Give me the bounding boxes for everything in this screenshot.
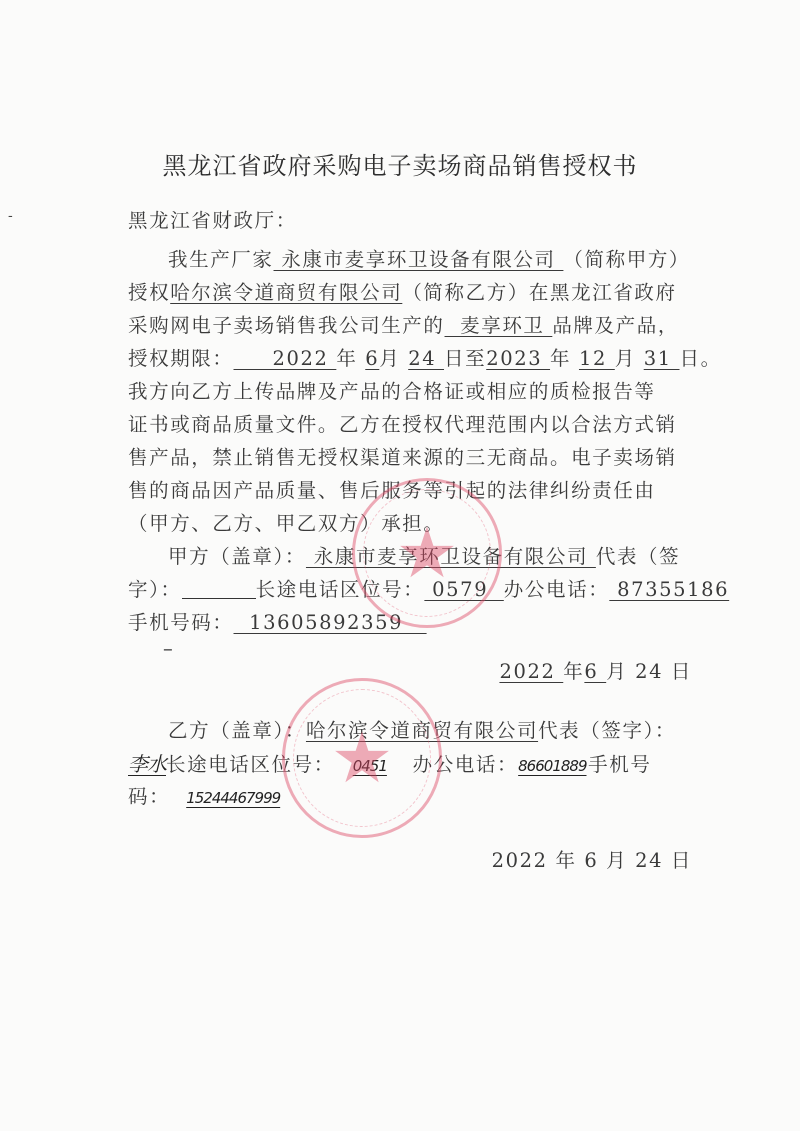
scan-mark: - [8, 208, 13, 224]
text: 月 [379, 347, 400, 370]
party-a-office-phone: 87355186 [609, 578, 729, 601]
end-year: 2023 [486, 347, 550, 370]
mobile-label: 手机号码： [128, 611, 234, 634]
body-line-2: 授权哈尔滨令道商贸有限公司（简称乙方）在黑龙江省政府 [128, 280, 698, 306]
text: 月 [615, 347, 636, 370]
text: 年 [336, 347, 357, 370]
body-line-3: 采购网电子卖场销售我公司生产的 麦享环卫 品牌及产品， [128, 313, 698, 339]
authorization-letter-page: - 黑龙江省政府采购电子卖场商品销售授权书 黑龙江省财政厅： 我生产厂家 永康市… [0, 0, 800, 1131]
body-line-4-period: 授权期限： 2022 年 6月 24 日至2023 年 12 月 31 日。 [128, 346, 698, 372]
party-b-signature: 李水 [128, 752, 166, 776]
party-b-label: 乙方（盖章）： [168, 719, 306, 742]
body-line-6: 证书或商品质量文件。乙方在授权代理范围内以合法方式销 [128, 412, 698, 438]
party-a-label: 甲方（盖章）： [168, 545, 306, 568]
party-b-line-1: 乙方（盖章）：哈尔滨令道商贸有限公司代表（签字）： [128, 718, 738, 744]
party-a-company: 永康市麦享环卫设备有限公司 [306, 545, 596, 568]
party-b-area-code: 0451 [335, 753, 405, 779]
body-line-1: 我生产厂家 永康市麦享环卫设备有限公司 （简称甲方） [128, 247, 738, 273]
office-phone-label: 办公电话： [413, 753, 519, 776]
text: 年 [563, 660, 584, 683]
body-line-7: 售产品，禁止销售无授权渠道来源的三无商品。电子卖场销 [128, 445, 698, 471]
party-a-line-1: 甲方（盖章）： 永康市麦享环卫设备有限公司 代表（签 [128, 544, 738, 570]
party-a-date: 2022 年6 月 24 日 [499, 659, 692, 685]
start-year: 2022 [234, 347, 337, 370]
text: 日。 [680, 347, 722, 370]
area-code-label: 长途电话区位号： [256, 578, 425, 601]
text: 品牌及产品， [552, 314, 679, 337]
party-a-line-2: 字）：长途电话区位号： 0579 办公电话： 87355186 [128, 577, 698, 603]
body-line-9: （甲方、乙方、甲乙双方）承担。 [128, 511, 698, 537]
addressee: 黑龙江省财政厅： [128, 208, 698, 234]
distributor-name: 哈尔滨令道商贸有限公司 [170, 281, 402, 304]
body-line-8: 售的商品因产品质量、售后服务等引起的法律纠纷责任由 [128, 478, 698, 504]
party-b-rep-label: 代表（签字）： [538, 719, 676, 742]
mobile-label: 手机号 [588, 753, 651, 776]
party-a-line-3: 手机号码： 13605892359 [128, 610, 698, 636]
party-a-mobile: 13605892359 [234, 611, 427, 634]
text: 授权期限： [128, 347, 234, 370]
text: 采购网电子卖场销售我公司生产的 [128, 314, 445, 337]
party-b-line-2: 李水长途电话区位号： 0451 办公电话：86601889手机号 [128, 751, 698, 779]
party-a-signature-field [182, 578, 256, 599]
start-month: 6 [365, 347, 379, 370]
party-b-office-phone: 86601889 [518, 753, 588, 779]
party-a-rep-label: 代表（签 [596, 545, 680, 568]
end-month: 12 [579, 347, 615, 370]
text: 授权 [128, 281, 170, 304]
text: 字）： [128, 578, 182, 601]
party-a-date-year: 2022 [499, 660, 563, 683]
brand-name: 麦享环卫 [445, 314, 553, 337]
text: 日至 [444, 347, 486, 370]
start-day: 24 [408, 347, 444, 370]
area-code-label: 长途电话区位号： [166, 753, 335, 776]
dash-mark: – [163, 636, 183, 662]
party-a-area-code: 0579 [424, 578, 503, 601]
document-title: 黑龙江省政府采购电子卖场商品销售授权书 [0, 146, 800, 181]
party-b-line-3: 码：15244467999 [128, 784, 698, 811]
party-b-date: 2022 年 6 月 24 日 [492, 848, 692, 874]
text: （简称乙方）在黑龙江省政府 [402, 281, 676, 304]
text: （简称甲方） [563, 248, 690, 271]
mobile-label-cont: 码： [128, 785, 170, 808]
party-b-mobile: 15244467999 [170, 785, 306, 811]
manufacturer-name: 永康市麦享环卫设备有限公司 [274, 248, 564, 271]
end-day: 31 [644, 347, 680, 370]
body-line-5: 我方向乙方上传品牌及产品的合格证或相应的质检报告等 [128, 379, 698, 405]
party-b-company: 哈尔滨令道商贸有限公司 [306, 719, 538, 742]
text: 年 [550, 347, 571, 370]
party-a-date-month: 6 [584, 660, 606, 683]
text: 月 24 日 [606, 660, 692, 683]
text: 我生产厂家 [168, 248, 274, 271]
office-phone-label: 办公电话： [504, 578, 610, 601]
